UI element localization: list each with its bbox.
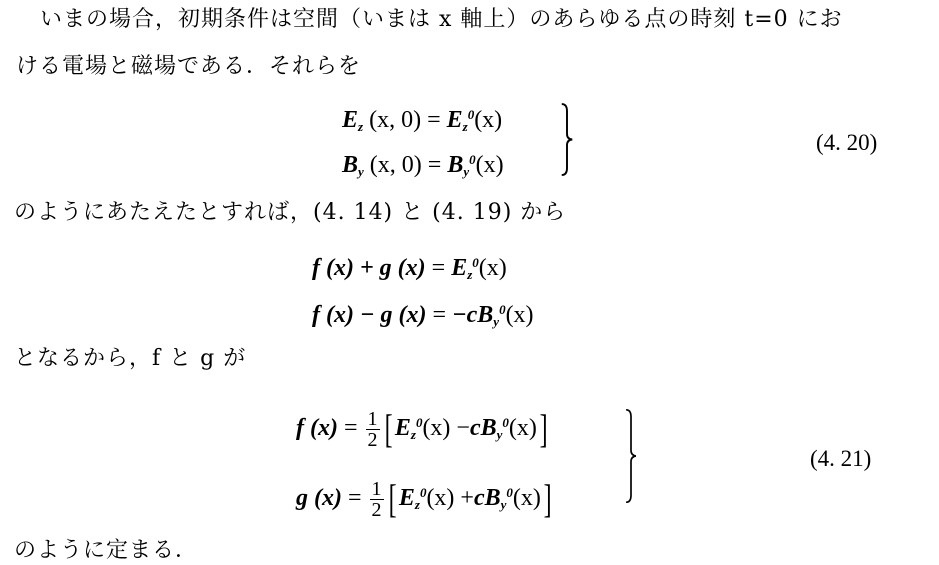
equation-4-21-row-2: g (x) = 12[Ez0(x) +cBy0(x)] (296, 478, 554, 520)
equals: = (428, 152, 442, 178)
equation-number-4-20: (4. 20) (816, 128, 877, 158)
prefix-c: c (474, 485, 485, 511)
var-E: E (451, 255, 467, 281)
equation-diff-row: f (x) − g (x) = −cBy0(x) (312, 295, 534, 337)
right-bracket: ] (544, 484, 552, 514)
var-B: B (342, 152, 358, 178)
equals: = (344, 415, 358, 441)
var-B: B (477, 302, 493, 328)
var-B: B (481, 415, 497, 441)
numerator: 1 (370, 479, 384, 500)
paragraph-4-line-1: のように定まる． (14, 536, 198, 565)
operator-minus: − (456, 415, 470, 441)
args: (x, 0) (370, 152, 422, 178)
equals: = (432, 255, 446, 281)
lhs-g: g (x) (296, 485, 342, 511)
denominator: 2 (366, 430, 380, 450)
var-E: E (395, 415, 411, 441)
equals: = (433, 302, 447, 328)
lhs-f: f (x) (296, 415, 338, 441)
equals: = (427, 107, 441, 133)
paragraph-2-line-1: のようにあたえたとすれば，(4. 14) と (4. 19) から (14, 198, 566, 228)
right-brace-icon (560, 97, 574, 182)
args: (x) (513, 485, 541, 511)
var-E: E (342, 107, 358, 133)
right-bracket: ] (540, 414, 548, 444)
lhs: f (x) − g (x) (312, 302, 427, 328)
prefix-minus-c: −c (452, 302, 477, 328)
paragraph-1-line-1: いまの場合，初期条件は空間（いまは x 軸上）のあらゆる点の時刻 t=0 にお (40, 5, 843, 35)
paragraph-3-line-1: となるから，f と g が (14, 344, 246, 374)
var-E: E (447, 107, 463, 133)
equals: = (348, 485, 362, 511)
args: (x) (479, 255, 507, 281)
equation-4-20-row-2: By (x, 0) = By0(x) (342, 145, 504, 187)
equation-4-20-row-1: Ez (x, 0) = Ez0(x) (342, 100, 502, 142)
args: (x) (426, 485, 454, 511)
fraction-one-half: 12 (370, 479, 384, 520)
right-brace-icon (624, 388, 638, 524)
args: (x, 0) (369, 107, 421, 133)
args: (x) (509, 415, 537, 441)
lhs: f (x) + g (x) (312, 255, 426, 281)
fraction-one-half: 12 (366, 409, 380, 450)
args: (x) (422, 415, 450, 441)
args: (x) (476, 152, 504, 178)
sub-y: y (358, 164, 364, 179)
equation-4-21-row-1: f (x) = 12[Ez0(x) −cBy0(x)] (296, 408, 550, 450)
equation-sum-row: f (x) + g (x) = Ez0(x) (312, 248, 507, 290)
args: (x) (474, 107, 502, 133)
var-B: B (447, 152, 463, 178)
denominator: 2 (370, 500, 384, 520)
var-E: E (399, 485, 415, 511)
var-B: B (485, 485, 501, 511)
numerator: 1 (366, 409, 380, 430)
args: (x) (506, 302, 534, 328)
sub-z: z (358, 119, 363, 134)
operator-plus: + (460, 485, 474, 511)
prefix-c: c (470, 415, 481, 441)
paragraph-1-line-2: ける電場と磁場である．それらを (16, 52, 361, 82)
equation-number-4-21: (4. 21) (810, 444, 871, 474)
left-bracket: [ (388, 484, 396, 514)
left-bracket: [ (384, 414, 392, 444)
